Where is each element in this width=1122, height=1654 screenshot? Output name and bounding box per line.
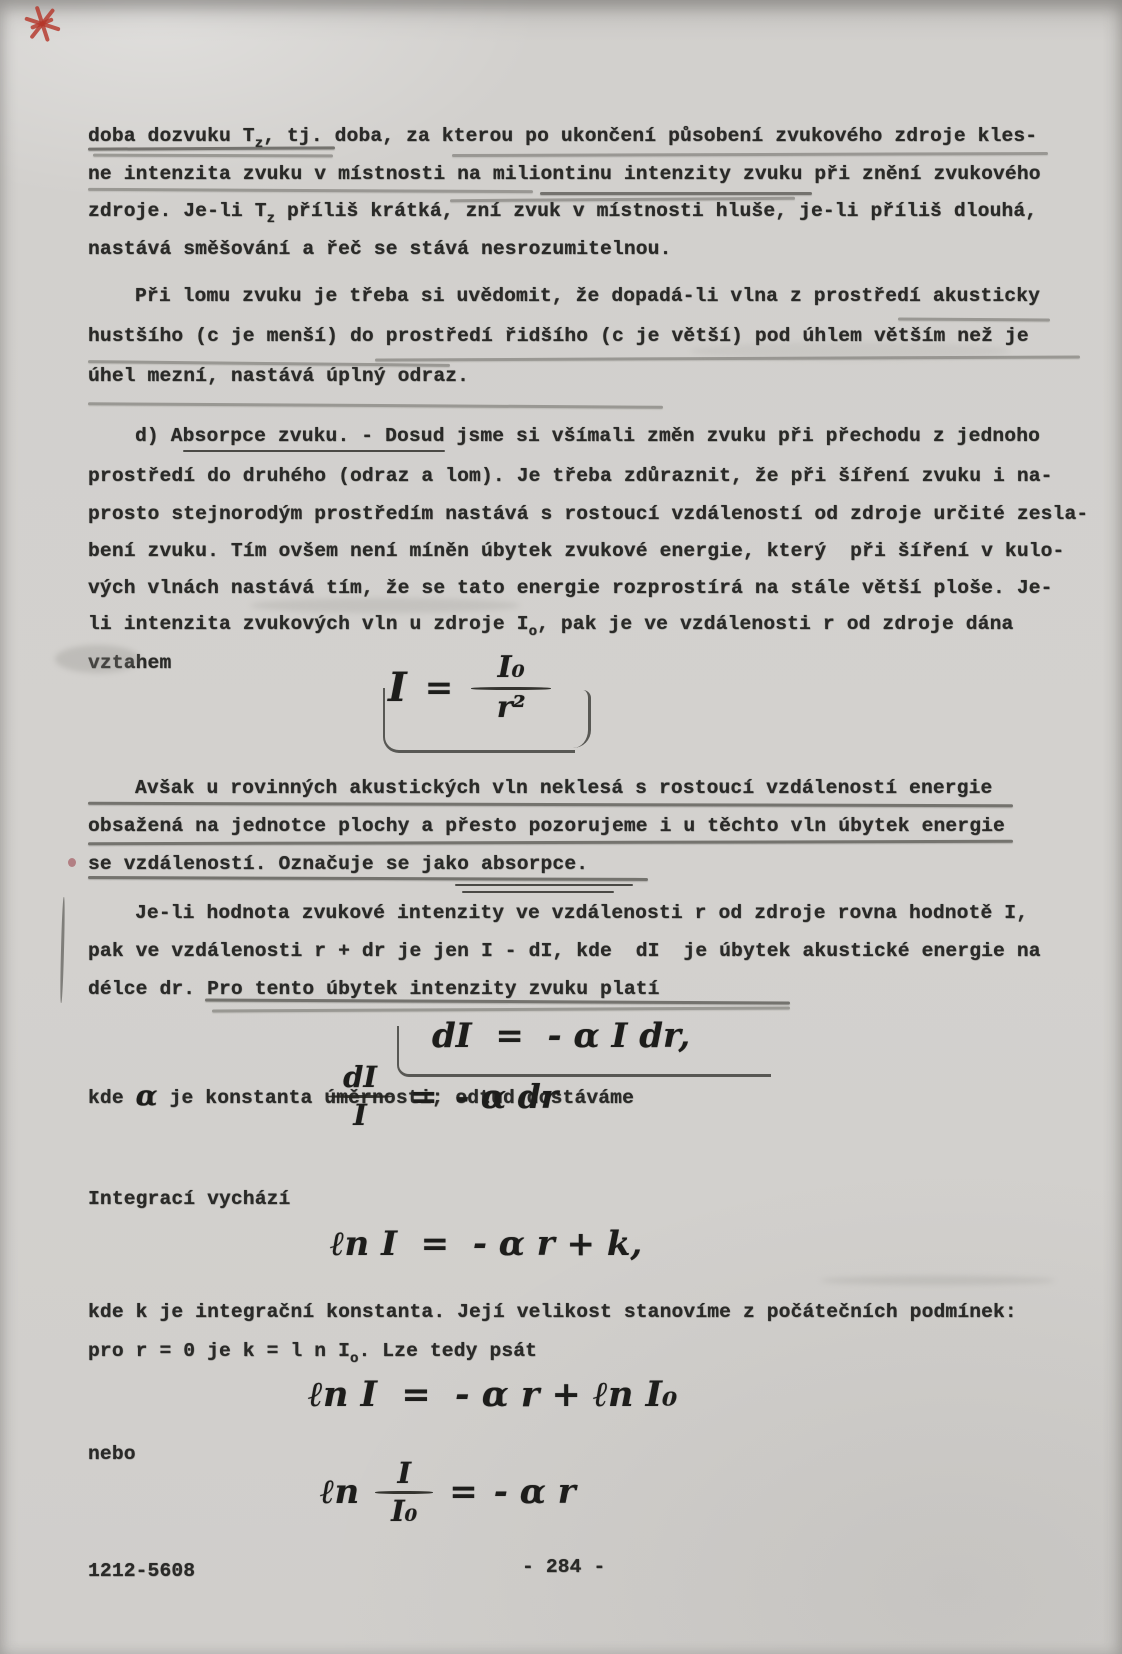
- smudge: [250, 598, 520, 613]
- typed-line-24: pro r = 0 je k = l n Io. Lze tedy psát: [88, 1340, 537, 1367]
- smudge: [55, 645, 140, 673]
- line-segment: pro r = 0 je k = l n I: [88, 1340, 350, 1362]
- pencil-underline: [452, 152, 1048, 157]
- subscript: z: [255, 136, 263, 152]
- formula-log-ratio: ℓn I I₀ = - α r: [320, 1458, 576, 1527]
- fraction-numerator: I: [397, 1458, 411, 1488]
- typed-line-12: vých vlnách nastává tím, že se tato ener…: [88, 577, 1053, 599]
- line-segment: , tj. doba, za kterou po ukončení působe…: [263, 125, 1037, 147]
- typed-line-9: prostředí do druhého (odraz a lom). Je t…: [88, 465, 1053, 487]
- pink-dot-mark: [68, 858, 76, 867]
- subscript: o: [529, 624, 537, 640]
- equals-sign: =: [410, 1077, 438, 1116]
- smudge: [690, 342, 1010, 360]
- page-number: - 284 -: [522, 1556, 605, 1578]
- fraction-numerator: I₀: [498, 652, 525, 684]
- typed-line-10: prosto stejnorodým prostředím nastává s …: [88, 503, 1088, 525]
- typed-line-11: bení zvuku. Tím ovšem není míněn úbytek …: [88, 540, 1064, 562]
- scanned-document-page: doba dozvuku Tz, tj. doba, za kterou po …: [0, 0, 1122, 1654]
- pencil-underline: [88, 876, 648, 881]
- double-underline: [462, 891, 614, 893]
- typed-line-16: obsažená na jednotce plochy a přesto poz…: [88, 815, 1005, 837]
- typed-line-8: d) Absorpce zvuku. - Dosud jsme si všíma…: [135, 425, 1040, 447]
- typed-line-2: ne intenzita zvuku v místnosti na milion…: [88, 163, 1041, 185]
- typed-line-23: kde k je integrační konstanta. Její veli…: [88, 1301, 1017, 1323]
- formula-text: ℓn I = - α r + ℓn I₀: [308, 1374, 677, 1415]
- formula-separated: dI I = - α dr: [328, 1062, 558, 1131]
- typed-line-17: se vzdáleností. Označuje se jako absorpc…: [88, 853, 588, 875]
- typed-line-25: nebo: [88, 1443, 136, 1465]
- line-segment: , pak je ve vzdálenosti r od zdroje dána: [537, 613, 1013, 635]
- smudge: [820, 1276, 1055, 1285]
- fraction-bar: [328, 1095, 392, 1098]
- fraction-numerator: dI: [343, 1062, 377, 1092]
- hand-bracket-right: [572, 690, 591, 748]
- typed-line-13: li intenzita zvukových vln u zdroje Io, …: [88, 613, 1013, 640]
- line-segment: . Lze tedy psát: [358, 1340, 537, 1362]
- document-number: 1212-5608: [88, 1560, 195, 1582]
- typed-line-15: Avšak u rovinných akustických vln nekles…: [135, 777, 992, 799]
- formula-rhs: - α dr: [456, 1077, 559, 1116]
- pencil-underline: [898, 317, 1050, 321]
- formula-lhs: ℓn: [320, 1472, 359, 1512]
- typed-line-19: pak ve vzdálenosti r + dr je jen I - dI,…: [88, 940, 1041, 962]
- typed-line-5: Při lomu zvuku je třeba si uvědomit, že …: [135, 285, 1040, 307]
- pencil-underline: [93, 154, 333, 157]
- formula-integrated: ℓn I = - α r + k,: [330, 1224, 642, 1264]
- typed-line-22: Integrací vychází: [88, 1188, 290, 1210]
- double-underline: [455, 884, 633, 886]
- pencil-underline: [88, 402, 663, 408]
- line-segment: příliš krátká, zní zvuk v místnosti hluš…: [275, 200, 1037, 222]
- subscript: z: [267, 211, 275, 227]
- line-segment: doba dozvuku T: [88, 125, 255, 147]
- typed-line-3: zdroje. Je-li Tz příliš krátká, zní zvuk…: [88, 200, 1037, 227]
- line-segment: zdroje. Je-li T: [88, 200, 267, 222]
- margin-pencil-line: [60, 897, 66, 1003]
- equals-sign: =: [449, 1472, 478, 1512]
- pencil-underline: [88, 802, 1013, 807]
- typed-line-7: úhel mezní, nastává úplný odraz.: [88, 365, 469, 387]
- fraction-bar: [375, 1491, 433, 1494]
- formula-text: ℓn I = - α r + k,: [330, 1224, 642, 1264]
- fraction-denominator: I₀: [391, 1496, 417, 1526]
- pencil-underline: [88, 840, 1013, 845]
- red-scribble-mark: [20, 2, 66, 48]
- pencil-underline: [540, 192, 812, 195]
- subscript: o: [350, 1351, 358, 1367]
- pencil-underline: [212, 1006, 790, 1012]
- typed-line-20: délce dr. Pro tento úbytek intenzity zvu…: [88, 978, 660, 1000]
- typed-line-4: nastává směšování a řeč se stává nesrozu…: [88, 238, 672, 260]
- typed-underline: [183, 450, 445, 452]
- pencil-underline: [205, 998, 790, 1004]
- handwritten-alpha: α: [136, 1078, 158, 1112]
- formula-with-constant: ℓn I = - α r + ℓn I₀: [308, 1374, 677, 1415]
- hand-bracket: [383, 688, 575, 753]
- line-segment: kde: [88, 1087, 136, 1109]
- pencil-underline: [88, 188, 533, 193]
- formula-rhs: - α r: [494, 1472, 576, 1512]
- line-segment: li intenzita zvukových vln u zdroje I: [88, 613, 529, 635]
- typed-line-18: Je-li hodnota zvukové intenzity ve vzdál…: [135, 902, 1028, 924]
- fraction-denominator: I: [353, 1100, 367, 1130]
